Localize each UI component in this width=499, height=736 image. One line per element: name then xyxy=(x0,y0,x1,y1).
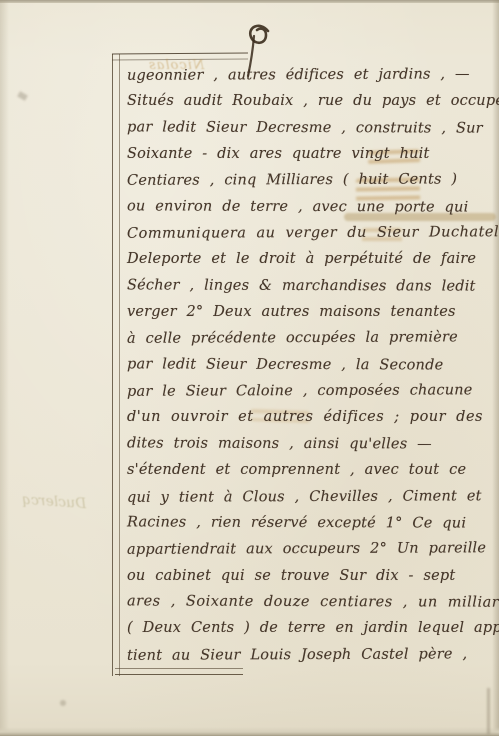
manuscript-line: à celle précédente occupées la première xyxy=(127,325,499,353)
manuscript-line: Soixante - dix ares quatre vingt huit xyxy=(127,141,499,167)
manuscript-line: ( Deux Cents ) de terre en jardin lequel… xyxy=(127,615,499,641)
manuscript-line: ou environ de terre , avec une porte qui xyxy=(127,193,499,221)
paper-speck xyxy=(17,91,28,101)
manuscript-line: ou cabinet qui se trouve Sur dix - sept xyxy=(127,563,499,589)
manuscript-line: appartiendrait aux occupeurs 2° Un parei… xyxy=(127,535,499,563)
manuscript-line: ugeonnier , autres édifices et jardins ,… xyxy=(127,61,499,89)
margin-bleedthrough-word: Duclercq xyxy=(22,492,87,512)
manuscript-line: par le Sieur Caloine , composées chacune xyxy=(127,377,499,405)
manuscript-text-block: ugeonnier , autres édifices et jardins ,… xyxy=(127,62,499,668)
manuscript-line: tient au Sieur Louis Joseph Castel père … xyxy=(127,641,499,669)
manuscript-line: d'un ouvroir et autres édifices ; pour d… xyxy=(127,404,499,430)
page-left-edge-shadow xyxy=(0,0,9,736)
manuscript-line: Situés audit Roubaix , rue du pays et oc… xyxy=(127,88,499,114)
manuscript-page: Nicolas Duclercq ugeonnier , autres édif… xyxy=(0,0,499,736)
manuscript-line: Centiares , cinq Milliares ( huit Cents … xyxy=(127,167,499,195)
manuscript-line: dites trois maisons , ainsi qu'elles — xyxy=(127,430,499,458)
page-bottom-edge-shadow xyxy=(0,727,499,736)
manuscript-line: verger 2° Deux autres maisons tenantes xyxy=(127,299,499,325)
paper-crease xyxy=(487,688,490,734)
paper-speck xyxy=(60,700,66,706)
manuscript-line: par ledit Sieur Decresme , la Seconde xyxy=(127,351,499,379)
manuscript-line: Sécher , linges & marchandises dans ledi… xyxy=(127,272,499,300)
manuscript-line: Racines , rien réservé excepté 1° Ce qui xyxy=(127,509,499,537)
manuscript-line: Communiquera au verger du Sieur Duchatel xyxy=(127,219,499,247)
manuscript-line: ares , Soixante douze centiares , un mil… xyxy=(127,588,499,616)
page-top-edge-shadow xyxy=(0,0,499,3)
manuscript-line: qui y tient à Clous , Chevilles , Ciment… xyxy=(127,483,499,511)
manuscript-line: par ledit Sieur Decresme , construits , … xyxy=(127,114,499,142)
manuscript-line: s'étendent et comprennent , avec tout ce xyxy=(127,457,499,483)
margin-rule-left xyxy=(112,54,120,676)
manuscript-line: Deleporte et le droit à perpétuité de fa… xyxy=(127,246,499,272)
